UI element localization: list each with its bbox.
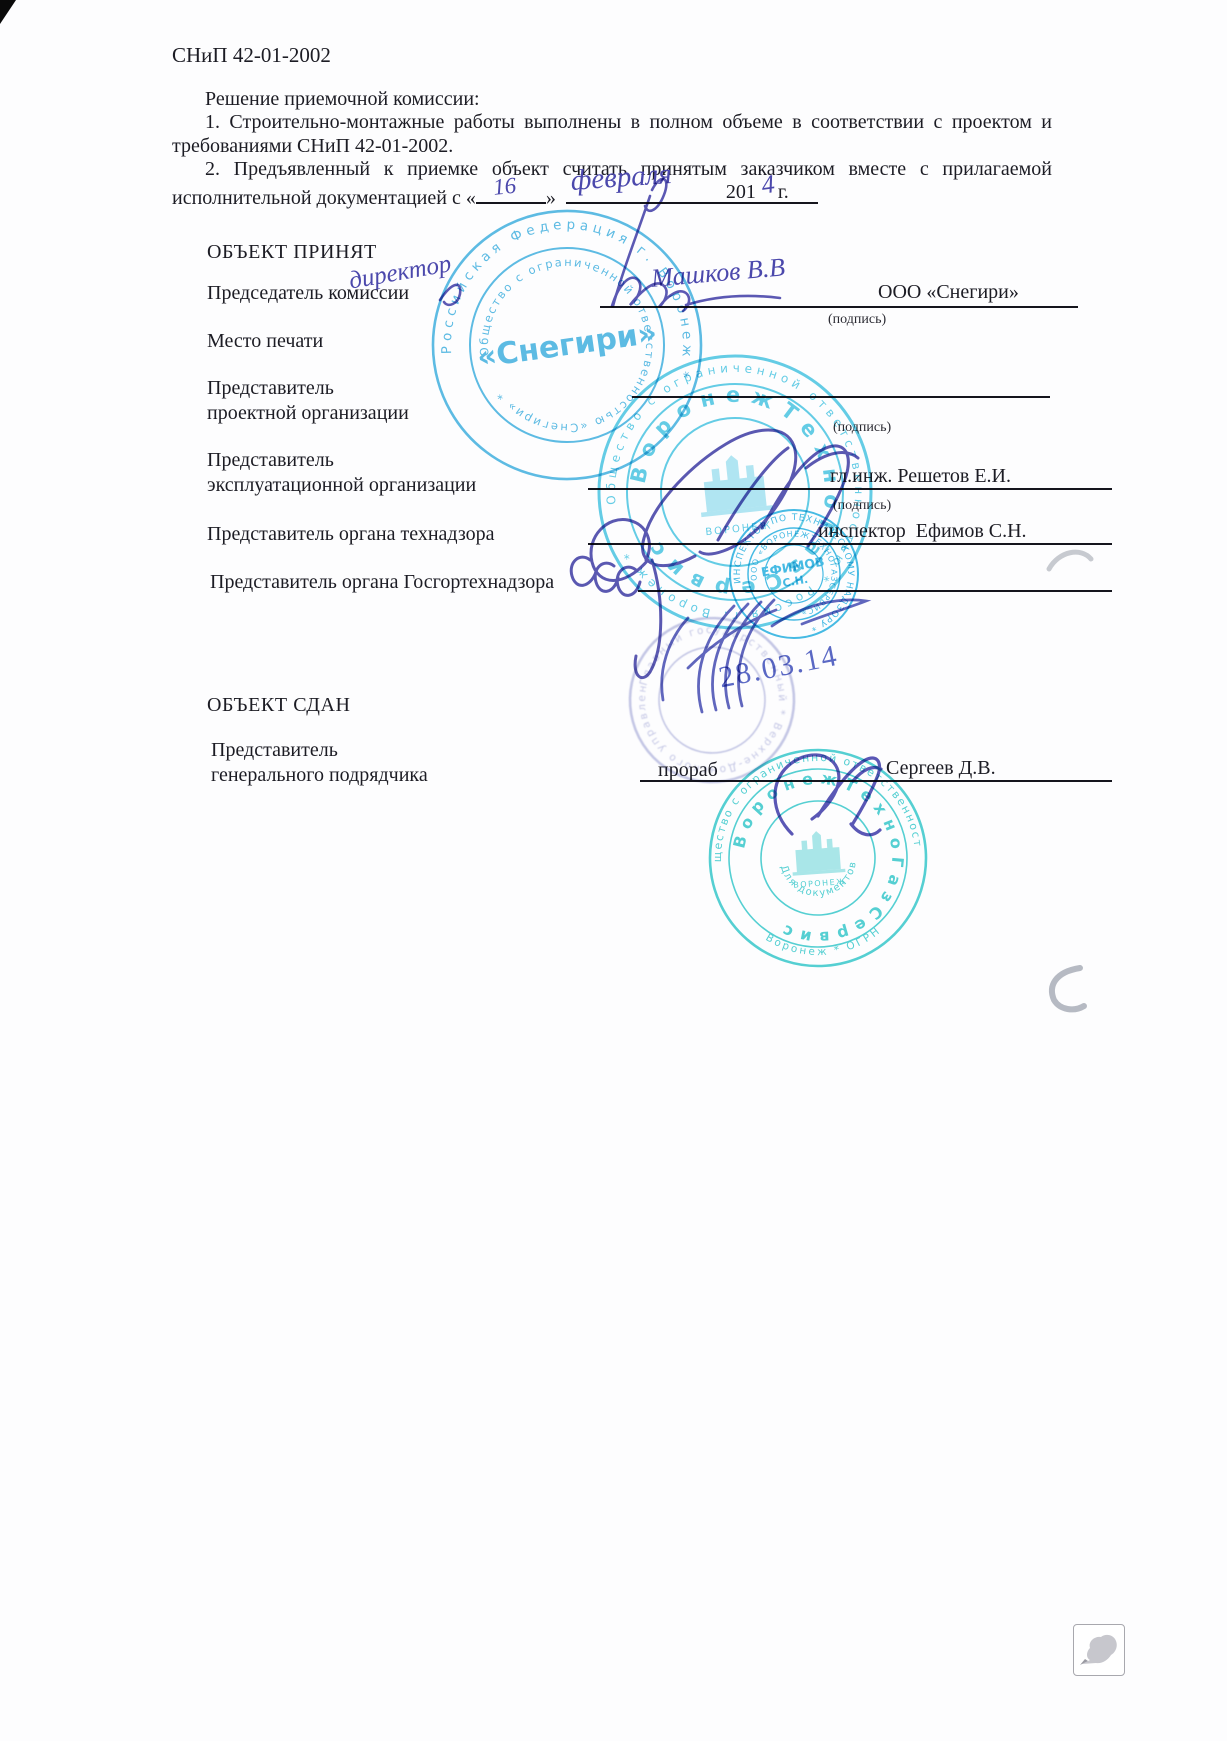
scan-smudge-artifact-1 <box>1049 552 1091 569</box>
date-day-blank: 16 <box>476 182 546 204</box>
operation-rep-label-2: эксплуатационной организации <box>207 474 476 497</box>
bird-watermark-box <box>1073 1624 1125 1676</box>
section-title-handed: ОБЪЕКТ СДАН <box>207 694 351 717</box>
stamp-technogaz-docs: Общество с ограниченной ответственностью… <box>695 735 940 980</box>
scan-corner-artifact <box>0 0 16 24</box>
technogaz-main-emblem <box>695 451 773 517</box>
year-printed: 201 <box>726 181 756 204</box>
chairman-caption: (подпись) <box>828 312 886 328</box>
chairman-value: ООО «Снегири» <box>878 281 1019 304</box>
contractor-rep-label-1: Представитель <box>211 739 338 762</box>
decision-title: Решение приемочной комиссии: <box>205 88 480 111</box>
operation-rep-label-1: Представитель <box>207 449 334 472</box>
technogaz-docs-emblem <box>790 829 846 875</box>
contractor-rep-label-2: генерального подрядчика <box>211 764 428 787</box>
handwritten-year-digit: 4 <box>760 172 776 197</box>
technadzor-rep-label: Представитель органа технадзора <box>207 523 495 546</box>
date-line: исполнительной документацией с « 16 » фе… <box>172 182 818 210</box>
design-rep-label-2: проектной организации <box>207 402 409 425</box>
handwritten-day: 16 <box>492 174 517 199</box>
bird-watermark-icon <box>1078 1630 1120 1670</box>
paragraph-line-2: требованиями СНиП 42-01-2002. <box>172 135 453 158</box>
paragraph-line-1: 1. Строительно-монтажные работы выполнен… <box>205 111 1052 134</box>
date-prefix: исполнительной документацией с « <box>172 187 476 209</box>
gosgortechnadzor-rep-label: Представитель органа Госгортехнадзора <box>210 571 554 594</box>
seal-place-label: Место печати <box>207 330 323 353</box>
efimov-initials-text: С.Н. <box>782 573 810 590</box>
scanned-document-page: СНиП 42-01-2002 Решение приемочной комис… <box>0 0 1227 1741</box>
scan-smudge-artifact-2 <box>1052 968 1084 1009</box>
year-suffix: г. <box>778 181 789 204</box>
handwritten-month: февраля <box>570 163 673 193</box>
design-rep-label-1: Представитель <box>207 377 334 400</box>
section-title-accepted: ОБЪЕКТ ПРИНЯТ <box>207 241 377 264</box>
document-code: СНиП 42-01-2002 <box>172 43 331 68</box>
